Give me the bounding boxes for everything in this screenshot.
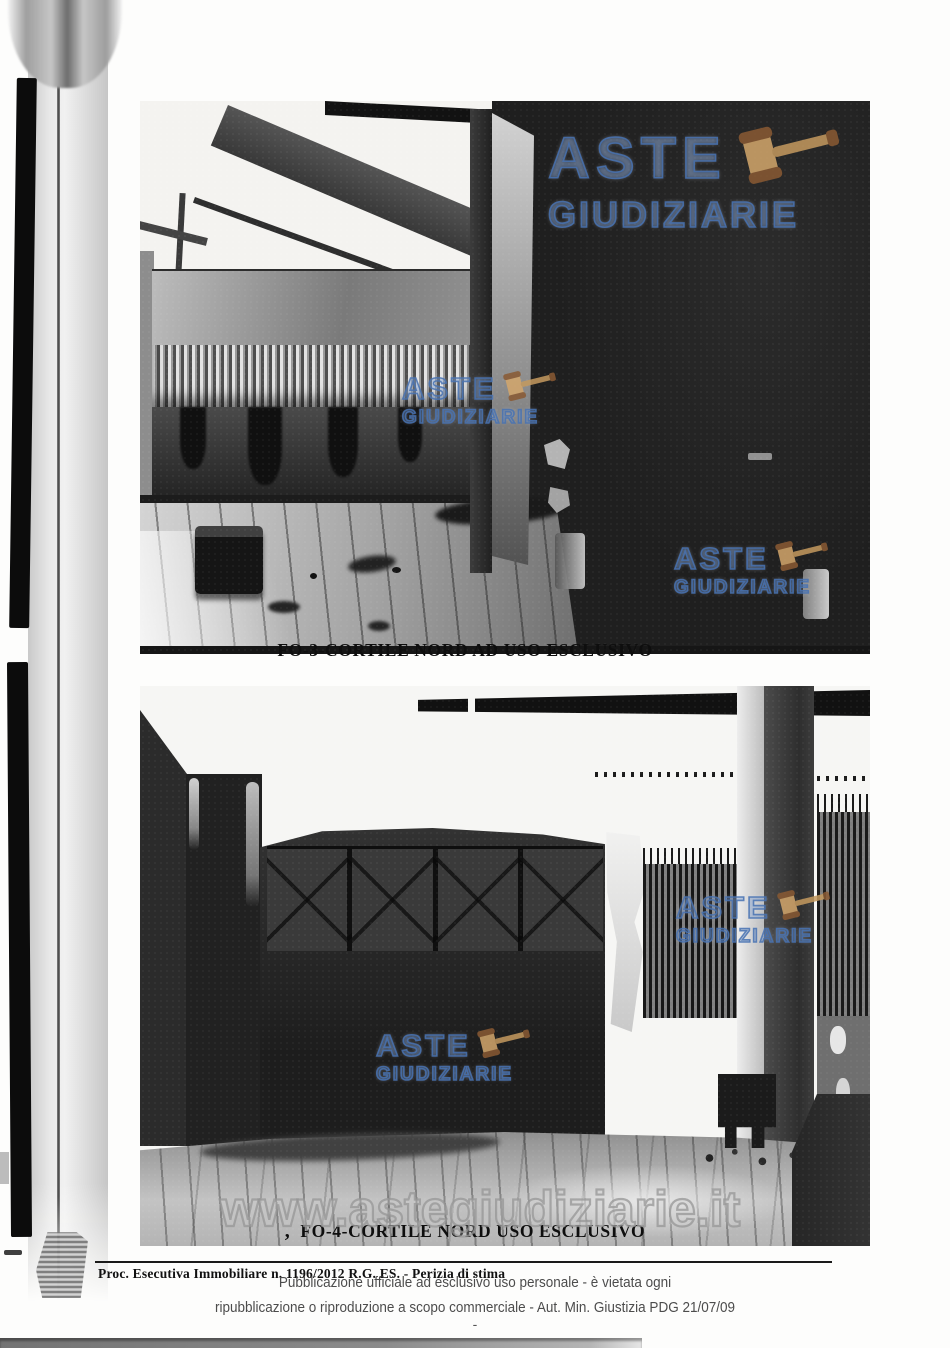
wall-drip-mark [246,782,259,907]
scan-gutter-shadow [28,0,108,1315]
bucket-highlight [555,533,585,589]
gate-cross-panels [267,846,603,951]
beam-gap [468,690,475,716]
wall-light-dash [748,453,772,460]
floor-light-streak [140,531,390,654]
wall-highlight-mark [830,1026,846,1054]
left-wall-slope [140,710,188,1146]
scan-edge-mark [0,1152,9,1184]
scan-fold-line [57,10,60,1300]
footer-dash: - [0,1316,950,1332]
gate-motor-box [195,526,263,594]
stain-drip [248,407,282,485]
gate-x-panel [438,849,523,951]
dotted-wire-row [595,772,737,777]
footer-divider [95,1261,832,1263]
gate-x-panel [267,849,352,951]
metal-sheet-panel [152,269,472,347]
corrugated-fence-mid [643,864,739,1018]
floor-debris [392,567,401,573]
torn-white-patch [601,832,645,1032]
corrugated-fence-right [817,812,870,1018]
floor-debris [310,573,317,579]
stain-drip [180,407,206,469]
photo-courtyard-north-fo4: ASTE GIUDIZIARIE ASTE [140,686,870,1246]
stain-drip [398,407,422,462]
photo-courtyard-north-fo3: ASTE GIUDIZIARIE ASTE [140,101,870,654]
gate-x-panel [523,849,603,951]
disclaimer-line-2: ripubblicazione o riproduzione a scopo c… [48,1299,903,1316]
scan-dash-artifact [4,1250,22,1255]
photo-caption-fo3: FO-3-CORTILE NORD AD USO ESCLUSIVO [100,640,830,661]
vertical-post [470,109,492,573]
scan-black-bar-bottom [7,662,32,1237]
gate-x-panel [352,849,437,951]
dotted-wire-row [817,776,870,781]
building-wall-white [140,101,492,281]
scan-bottom-edge [0,1338,642,1348]
stray-comma-mark: , [285,1220,291,1242]
floor-stain [368,621,390,631]
floor-stain [268,601,300,613]
caption-text: FO-4-CORTILE NORD USO ESCLUSIVO [300,1221,645,1241]
disclaimer-line-1: Pubblicazione ufficiale ad esclusivo uso… [48,1274,903,1291]
canister-highlight [803,569,829,619]
wall-drip-mark [189,778,199,850]
scanned-appraisal-page: ASTE GIUDIZIARIE ASTE [0,0,950,1348]
fence-spikes [817,794,870,814]
corrugated-fence [152,345,472,407]
photo-caption-fo4: ,FO-4-CORTILE NORD USO ESCLUSIVO [100,1220,830,1243]
stain-drip [328,407,358,477]
